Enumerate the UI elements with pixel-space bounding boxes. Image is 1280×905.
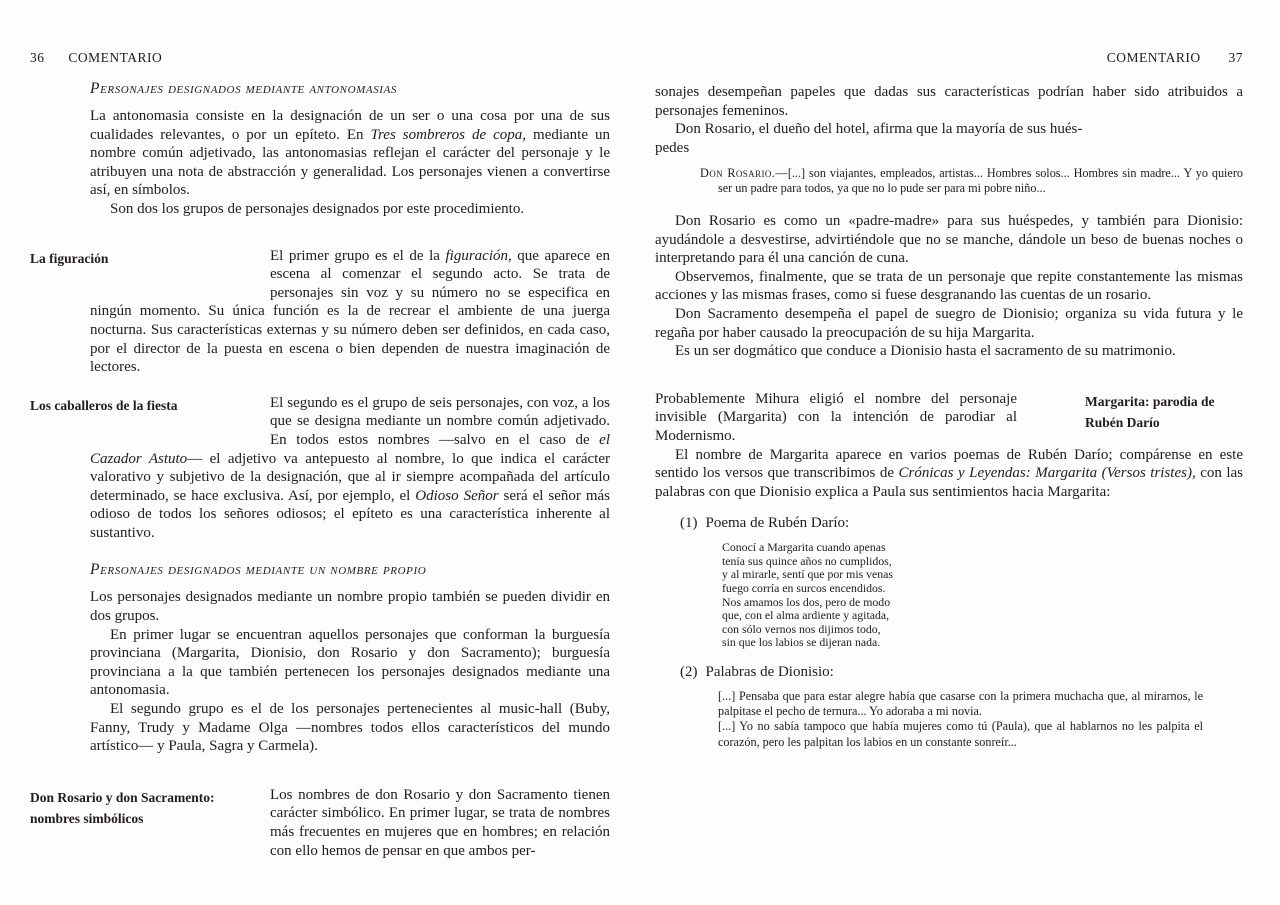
paragraph: La antonomasia consiste en la designació…	[90, 107, 610, 200]
poem-line: fuego corría en surcos encendidos.	[722, 582, 1243, 596]
paragraph: El segundo es el grupo de seis personaje…	[90, 394, 610, 543]
section-caballeros: Los caballeros de la fiesta El segundo e…	[90, 394, 610, 543]
paragraph: Los personajes designados mediante un no…	[90, 588, 610, 625]
margin-heading-line: Margarita: parodia de	[1085, 391, 1245, 412]
antonomasias-paragraphs: La antonomasia consiste en la designació…	[90, 107, 610, 219]
margin-heading-caballeros: Los caballeros de la fiesta	[30, 395, 265, 416]
right-page-paragraphs-top: sonajes desempeñan papeles que dadas sus…	[655, 83, 1243, 157]
margarita-paragraph: Probablemente Mihura eligió el nombre de…	[655, 390, 1017, 446]
paragraph: sonajes desempeñan papeles que dadas sus…	[655, 83, 1243, 120]
poem-line: y al mirarle, sentí que por mis venas	[722, 568, 1243, 582]
item-1-label: (1)	[680, 515, 698, 531]
section-heading-antonomasias: Personajes designados mediante antonomas…	[90, 80, 610, 98]
section-rosario-sacramento: Don Rosario y don Sacramento: nombres si…	[90, 786, 610, 860]
page-number-right: 37	[1229, 50, 1244, 65]
running-header-right: COMENTARIO 37	[655, 50, 1243, 66]
paragraph: Observemos, finalmente, que se trata de …	[655, 268, 1243, 305]
margin-heading-rosario-sacramento: Don Rosario y don Sacramento: nombres si…	[30, 787, 265, 829]
margin-heading-margarita: Margarita: parodia de Rubén Darío	[1085, 391, 1245, 433]
poem-line: sin que los labios se dijeran nada.	[722, 636, 1243, 650]
right-page-paragraphs-middle: Don Rosario es como un «padre-madre» par…	[655, 212, 1243, 361]
paragraph: El nombre de Margarita aparece en varios…	[655, 446, 1243, 502]
paragraph: Es un ser dogmático que conduce a Dionis…	[655, 342, 1243, 361]
quote-paragraph: [...] Pensaba que para estar alegre habí…	[718, 689, 1203, 719]
poem-line: con sólo vernos nos dijimos todo,	[722, 623, 1243, 637]
item-2-heading: (2)Palabras de Dionisio:	[680, 664, 1243, 681]
book-page-left: 36 COMENTARIO Personajes designados medi…	[30, 0, 610, 860]
paragraph: Don Rosario es como un «padre-madre» par…	[655, 212, 1243, 268]
item-1-heading: (1)Poema de Rubén Darío:	[680, 515, 1243, 532]
quote-paragraph: [...] Yo no sabía tampoco que había muje…	[718, 719, 1203, 749]
poem-line: tenía sus quince años no cumplidos,	[722, 555, 1243, 569]
numbered-item-2: (2)Palabras de Dionisio: [...] Pensaba q…	[655, 664, 1243, 750]
poem-line: que, con el alma ardiente y agitada,	[722, 609, 1243, 623]
nombre-margarita-paragraph: El nombre de Margarita aparece en varios…	[655, 446, 1243, 502]
caballeros-body: El segundo es el grupo de seis personaje…	[90, 394, 610, 543]
book-page-right: COMENTARIO 37 sonajes desempeñan papeles…	[655, 0, 1243, 750]
item-2-title: Palabras de Dionisio:	[706, 664, 834, 680]
margin-heading-line: Rubén Darío	[1085, 412, 1245, 433]
paragraph: El segundo grupo es el de los personajes…	[90, 700, 610, 756]
poem-line: Conocí a Margarita cuando apenas	[722, 541, 1243, 555]
poem-ruben-dario: Conocí a Margarita cuando apenas tenía s…	[722, 541, 1243, 650]
blockquote-don-rosario: Don Rosario.—[...] son viajantes, emplea…	[700, 166, 1243, 196]
page-number-left: 36	[30, 50, 45, 65]
margarita-section: Probablemente Mihura eligió el nombre de…	[655, 390, 1243, 446]
paragraph: En primer lugar se encuentran aquellos p…	[90, 626, 610, 700]
running-title-right: COMENTARIO	[1107, 50, 1201, 65]
paragraph: Don Sacramento desempeña el papel de sue…	[655, 305, 1243, 342]
nombre-propio-paragraphs: Los personajes designados mediante un no…	[90, 588, 610, 755]
running-header-left: 36 COMENTARIO	[30, 50, 610, 66]
margin-heading-line: nombres simbólicos	[30, 808, 265, 829]
poem-line: Nos amamos los dos, pero de modo	[722, 596, 1243, 610]
section-heading-nombre-propio: Personajes designados mediante un nombre…	[90, 561, 610, 579]
section-figuracion: La figuración El primer grupo es el de l…	[90, 247, 610, 377]
margin-heading-line: Don Rosario y don Sacramento:	[30, 787, 265, 808]
item-1-title: Poema de Rubén Darío:	[706, 515, 850, 531]
margin-heading-figuracion: La figuración	[30, 248, 265, 269]
paragraph: Don Rosario, el dueño del hotel, afirma …	[655, 120, 1243, 157]
paragraph: Son dos los grupos de personajes designa…	[90, 200, 610, 219]
item-2-label: (2)	[680, 664, 698, 680]
running-title-left: COMENTARIO	[68, 50, 162, 65]
blockquote-dionisio: [...] Pensaba que para estar alegre habí…	[718, 689, 1203, 750]
numbered-item-1: (1)Poema de Rubén Darío: Conocí a Margar…	[655, 515, 1243, 650]
